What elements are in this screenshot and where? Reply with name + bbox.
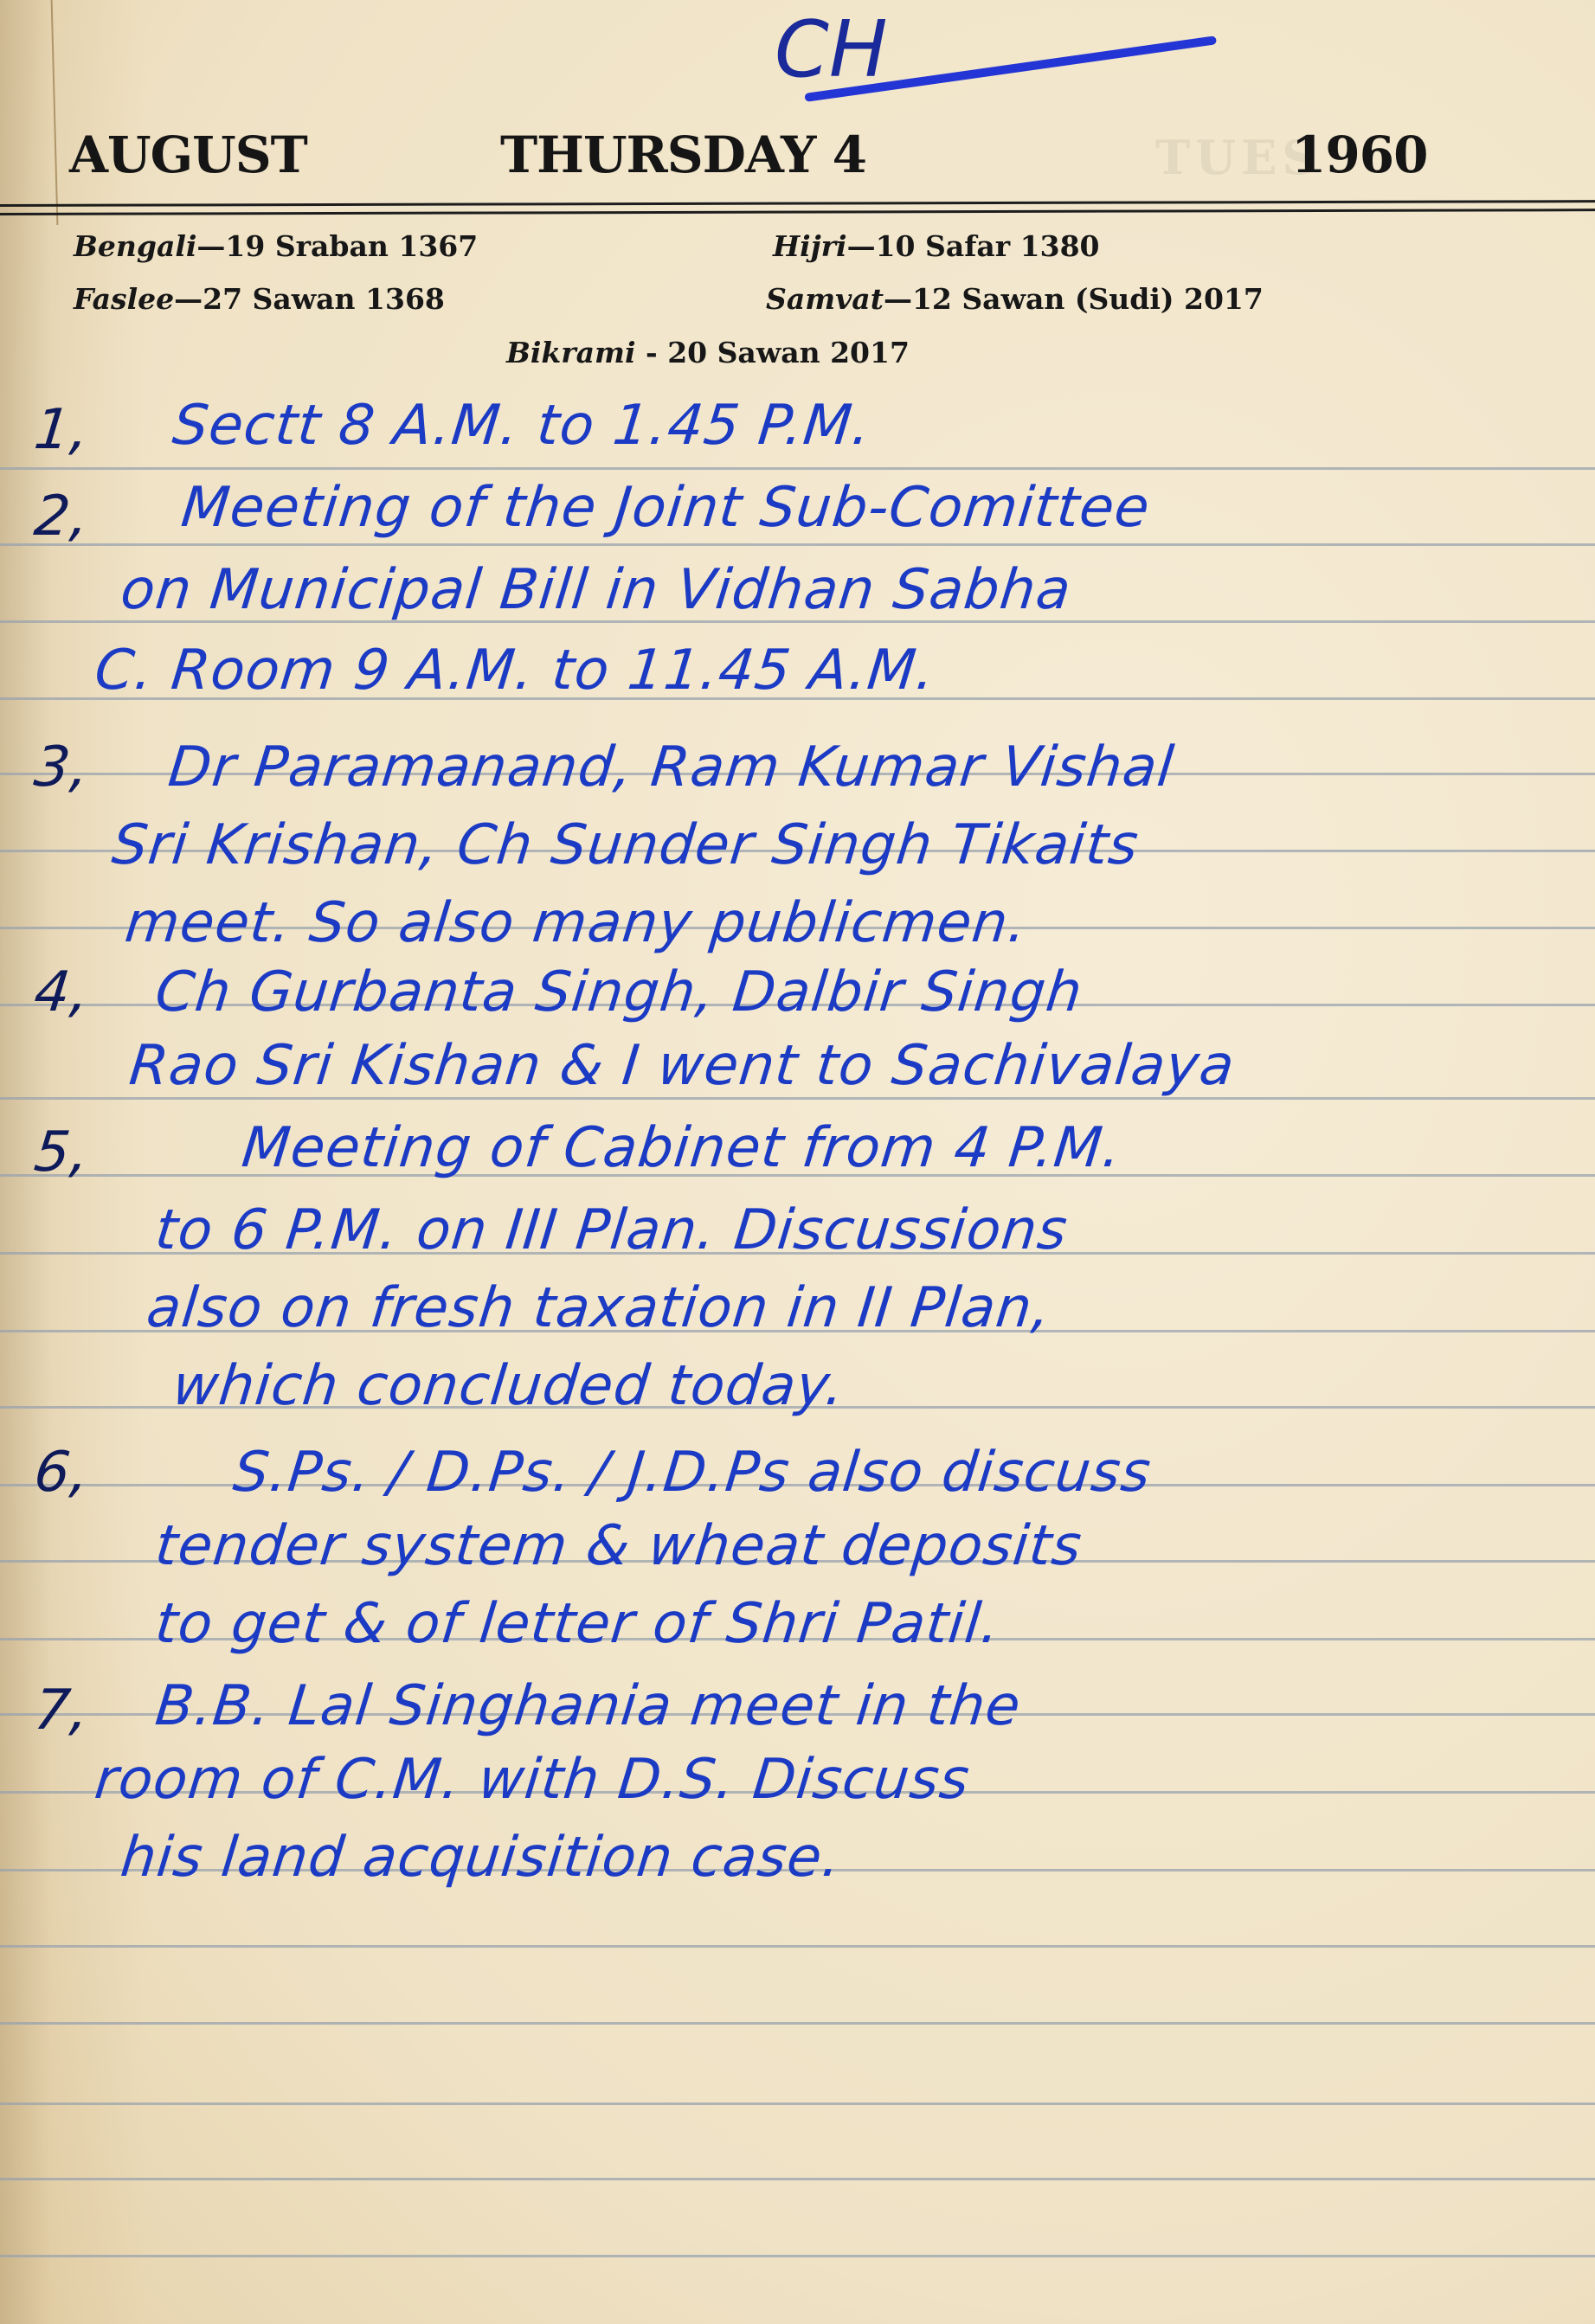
entry-number: 3,	[31, 735, 93, 799]
calendar-value: - 20 Sawan 2017	[636, 336, 910, 369]
weekday-date-label: THURSDAY 4	[500, 125, 866, 184]
year-label: 1960	[1291, 125, 1427, 184]
entry-line: C. Room 9 A.M. to 11.45 A.M.	[92, 639, 938, 703]
calendar-value: —19 Sraban 1367	[196, 229, 478, 263]
ruled-line	[0, 2255, 1595, 2257]
initials-mark: CH	[775, 4, 888, 95]
calendar-faslee: Faslee—27 Sawan 1368	[74, 282, 445, 316]
calendar-label: Bengali	[74, 229, 196, 263]
date-header: AUGUST THURSDAY 4 1960	[0, 125, 1595, 195]
entry-line: Rao Sri Kishan & I went to Sachivalaya	[126, 1034, 1238, 1098]
entry-line: B.B. Lal Singhania meet in the	[152, 1674, 1024, 1738]
ruled-line	[0, 2103, 1595, 2105]
entry-line: Ch Gurbanta Singh, Dalbir Singh	[152, 960, 1085, 1024]
calendar-label: Faslee	[74, 282, 174, 316]
header-double-rule	[0, 204, 1595, 221]
entry-number: 1,	[31, 398, 93, 462]
entry-line: which concluded today.	[170, 1354, 847, 1418]
calendar-bikrami: Bikrami - 20 Sawan 2017	[506, 336, 910, 369]
calendar-label: Samvat	[766, 282, 884, 316]
entry-line: Meeting of Cabinet from 4 P.M.	[239, 1116, 1124, 1180]
diary-page: CH TUES AUGUST THURSDAY 4 1960 Bengali—1…	[0, 0, 1595, 2324]
entry-number: 7,	[31, 1679, 93, 1743]
calendar-value: —10 Safar 1380	[847, 229, 1100, 263]
entry-line: Sri Krishan, Ch Sunder Singh Tikaits	[109, 813, 1142, 877]
ruled-line	[0, 1945, 1595, 1948]
entry-line: room of C.M. with D.S. Discuss	[92, 1748, 973, 1812]
ruled-line	[0, 467, 1595, 470]
rule-line	[0, 200, 1595, 207]
entry-line: Dr Paramanand, Ram Kumar Vishal	[165, 735, 1177, 799]
calendar-label: Hijri	[773, 229, 847, 263]
rule-line	[0, 209, 1595, 215]
ruled-line	[0, 543, 1595, 546]
entry-line: on Municipal Bill in Vidhan Sabha	[118, 558, 1074, 622]
entry-line: meet. So also many publicmen.	[122, 891, 1030, 955]
entry-line: tender system & wheat deposits	[152, 1514, 1085, 1578]
entry-line: to get & of letter of Shri Patil.	[152, 1592, 1003, 1656]
calendar-bengali: Bengali—19 Sraban 1367	[74, 229, 478, 263]
ruled-line	[0, 2022, 1595, 2025]
entry-number: 4,	[31, 960, 93, 1024]
entry-number: 5,	[31, 1120, 93, 1184]
month-label: AUGUST	[69, 125, 307, 184]
entry-line: Sectt 8 A.M. to 1.45 P.M.	[170, 394, 874, 458]
entry-line: to 6 P.M. on III Plan. Discussions	[152, 1198, 1071, 1262]
calendar-samvat: Samvat—12 Sawan (Sudi) 2017	[766, 282, 1264, 316]
entry-number: 6,	[31, 1441, 93, 1505]
entry-line: Meeting of the Joint Sub-Comittee	[178, 476, 1153, 540]
entry-line: S.Ps. / D.Ps. / J.D.Ps also discuss	[230, 1441, 1154, 1505]
calendar-value: —27 Sawan 1368	[174, 282, 445, 316]
calendar-label: Bikrami	[506, 336, 636, 369]
entry-number: 2,	[31, 485, 93, 549]
entry-line: his land acquisition case.	[118, 1826, 844, 1890]
entry-line: also on fresh taxation in II Plan,	[144, 1276, 1054, 1340]
calendar-hijri: Hijri—10 Safar 1380	[773, 229, 1100, 263]
calendar-value: —12 Sawan (Sudi) 2017	[884, 282, 1264, 316]
ruled-line	[0, 2178, 1595, 2180]
